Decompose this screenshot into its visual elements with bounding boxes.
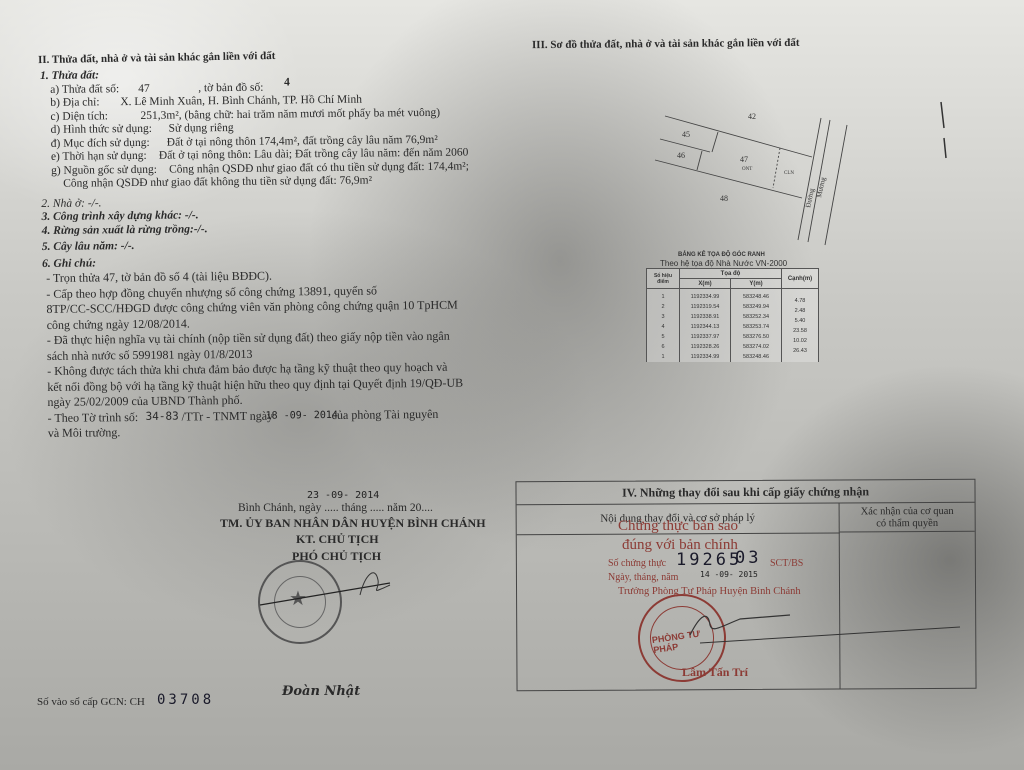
role-line-1: KT. CHỦ TỊCH xyxy=(296,532,379,547)
section-3-title: III. Sơ đồ thửa đất, nhà ở và tài sản kh… xyxy=(532,37,800,51)
confirm-header-line-1: Xác nhận của cơ quan xyxy=(840,506,975,519)
x-cell: 1192337.97 xyxy=(683,332,727,342)
x-cell: 1192338.91 xyxy=(683,312,727,322)
cert-book-number: 03 xyxy=(735,548,761,568)
x-cell: 1192328.26 xyxy=(683,342,727,352)
map-sheet-label: , tờ bản đồ số: xyxy=(198,81,263,94)
cert-date-label: Ngày, tháng, năm xyxy=(608,572,678,583)
purpose-label: đ) Mục đích sử dụng: xyxy=(51,136,150,149)
margin-mark xyxy=(938,100,948,160)
x-cell: 1192319.54 xyxy=(683,302,727,312)
point-cell: 5 xyxy=(650,332,676,342)
edge-cell: 26.43 xyxy=(785,346,815,356)
area-label: c) Diện tích: xyxy=(50,110,108,123)
registry-number: 03708 xyxy=(157,692,214,708)
usage-form-label: d) Hình thức sử dụng: xyxy=(51,123,152,136)
cert-date: 14 -09- 2015 xyxy=(700,570,758,579)
report-mid: /TTr - TNMT ngày xyxy=(182,408,274,424)
edge-column: 4.782.485.4023.5810.0226.43 xyxy=(782,289,819,363)
confirm-header-line-2: có thẩm quyền xyxy=(840,518,975,531)
cln-code: CLN xyxy=(784,171,794,176)
authority-name: TM. ỦY BAN NHÂN DÂN HUYỆN BÌNH CHÁNH xyxy=(220,516,486,531)
section-2-title: II. Thửa đất, nhà ở và tài sản khác gắn … xyxy=(38,50,276,66)
usage-form-value: Sử dụng riêng xyxy=(169,122,234,135)
address-label: b) Địa chỉ: xyxy=(50,96,99,109)
header-x: X(m) xyxy=(680,279,731,289)
parcel-45-label: 45 xyxy=(682,130,690,139)
edge-cell: 2.48 xyxy=(785,306,815,316)
coordinate-table: Số hiệu điểm Tọa độ Cạnh(m) X(m) Y(m) 12… xyxy=(646,268,819,362)
cert-head-title: Trưởng Phòng Tư Pháp Huyện Bình Chánh xyxy=(618,586,801,597)
edge-cell: 10.02 xyxy=(785,336,815,346)
parcel-48-label: 48 xyxy=(720,194,728,203)
point-cell: 2 xyxy=(650,302,676,312)
place-date: Bình Chánh, ngày ..... tháng ..... năm 2… xyxy=(238,502,433,514)
parcel-label: a) Thửa đất số: xyxy=(50,83,119,96)
point-cell: 3 xyxy=(650,312,676,322)
parcel-42-label: 42 xyxy=(748,112,756,121)
signer-name: Đoàn Nhật xyxy=(282,684,360,699)
term-label: e) Thời hạn sử dụng: xyxy=(51,150,147,163)
edge-cell: 4.78 xyxy=(785,296,815,306)
y-cell: 583253.74 xyxy=(734,322,778,332)
edge-cell: 23.58 xyxy=(785,326,815,336)
address-value: X. Lê Minh Xuân, H. Bình Chánh, TP. Hồ C… xyxy=(120,94,362,109)
cert-book-suffix: SCT/BS xyxy=(770,558,803,569)
notes-list: - Trọn thửa 47, tờ bản đồ số 4 (tài liệu… xyxy=(42,267,463,411)
y-column: 583248.46583249.94583252.34583253.745832… xyxy=(731,289,782,363)
parcel-46-label: 46 xyxy=(677,151,685,160)
map-sheet-number: 4 xyxy=(284,76,290,88)
registry-label: Số vào sổ cấp GCN: CH xyxy=(37,696,145,708)
edge-cell: 5.40 xyxy=(785,316,815,326)
y-cell: 583274.02 xyxy=(734,342,778,352)
origin-value-2: Công nhận QSDĐ như giao đất không thu ti… xyxy=(63,175,372,190)
stamped-date: 23 -09- 2014 xyxy=(307,490,379,501)
confirm-column-header: Xác nhận của cơ quan có thẩm quyền xyxy=(840,502,975,533)
ont-code: ONT xyxy=(742,167,752,172)
coord-table-subcaption: Theo hệ tọa độ Nhà Nước VN-2000 xyxy=(660,259,787,268)
section-2-body: 1. Thửa đất: a) Thửa đất số: 47 , tờ bản… xyxy=(40,66,464,442)
y-cell: 583249.94 xyxy=(734,302,778,312)
report-number: 34-83 xyxy=(146,409,179,422)
parcel-47-label: 47 xyxy=(740,155,748,164)
cert-number: 19265 xyxy=(676,550,742,570)
committee-signature xyxy=(250,565,400,615)
certifier-name: Lâm Tấn Trí xyxy=(682,665,748,680)
area-value: 251,3m², (bằng chữ: hai trăm năm mươi mố… xyxy=(140,106,440,121)
section-4-table: IV. Những thay đổi sau khi cấp giấy chứn… xyxy=(515,479,976,691)
y-cell: 583248.46 xyxy=(734,352,778,362)
parcel-number: 47 xyxy=(138,82,150,94)
point-cell: 6 xyxy=(650,342,676,352)
point-column: 1234561 xyxy=(647,289,680,363)
certificate-page: II. Thửa đất, nhà ở và tài sản khác gắn … xyxy=(0,0,1024,770)
cert-no-label: Số chứng thực xyxy=(608,558,666,569)
certifier-signature xyxy=(680,605,980,645)
canal-label: Mương xyxy=(815,176,827,198)
x-column: 1192334.991192319.541192338.911192344.13… xyxy=(680,289,731,363)
header-y: Y(m) xyxy=(731,279,782,289)
x-cell: 1192334.99 xyxy=(683,352,727,362)
cert-line-1: Chứng thực bản sao xyxy=(618,518,738,535)
point-cell: 1 xyxy=(650,292,676,302)
point-cell: 1 xyxy=(650,352,676,362)
term-value: Đất ở tại nông thôn: Lâu dài; Đất trồng … xyxy=(159,147,469,162)
origin-value-1: Công nhận QSDĐ như giao đất có thu tiền … xyxy=(169,160,469,175)
y-cell: 583252.34 xyxy=(734,312,778,322)
report-suffix: của phòng Tài nguyên xyxy=(332,406,439,422)
report-date: 18 -09- 2014 xyxy=(266,409,338,421)
header-point: Số hiệu điểm xyxy=(647,269,680,289)
y-cell: 583276.50 xyxy=(734,332,778,342)
x-cell: 1192344.13 xyxy=(683,322,727,332)
coord-table-caption: BẢNG KÊ TỌA ĐỘ GÓC RANH xyxy=(678,252,765,258)
x-cell: 1192334.99 xyxy=(683,292,727,302)
purpose-value: Đất ở tại nông thôn 174,4m², đất trồng c… xyxy=(167,133,438,148)
header-coords: Tọa độ xyxy=(680,269,782,279)
report-prefix: - Theo Tờ trình số: xyxy=(48,409,139,425)
y-cell: 583248.46 xyxy=(734,292,778,302)
report-suffix-2: và Môi trường. xyxy=(48,425,121,441)
point-cell: 4 xyxy=(650,322,676,332)
origin-label: g) Nguồn gốc sử dụng: xyxy=(51,163,157,176)
parcel-sketch: 42 45 46 47 48 ONT CLN Đường Mương xyxy=(640,100,870,250)
header-edge: Cạnh(m) xyxy=(782,269,819,289)
